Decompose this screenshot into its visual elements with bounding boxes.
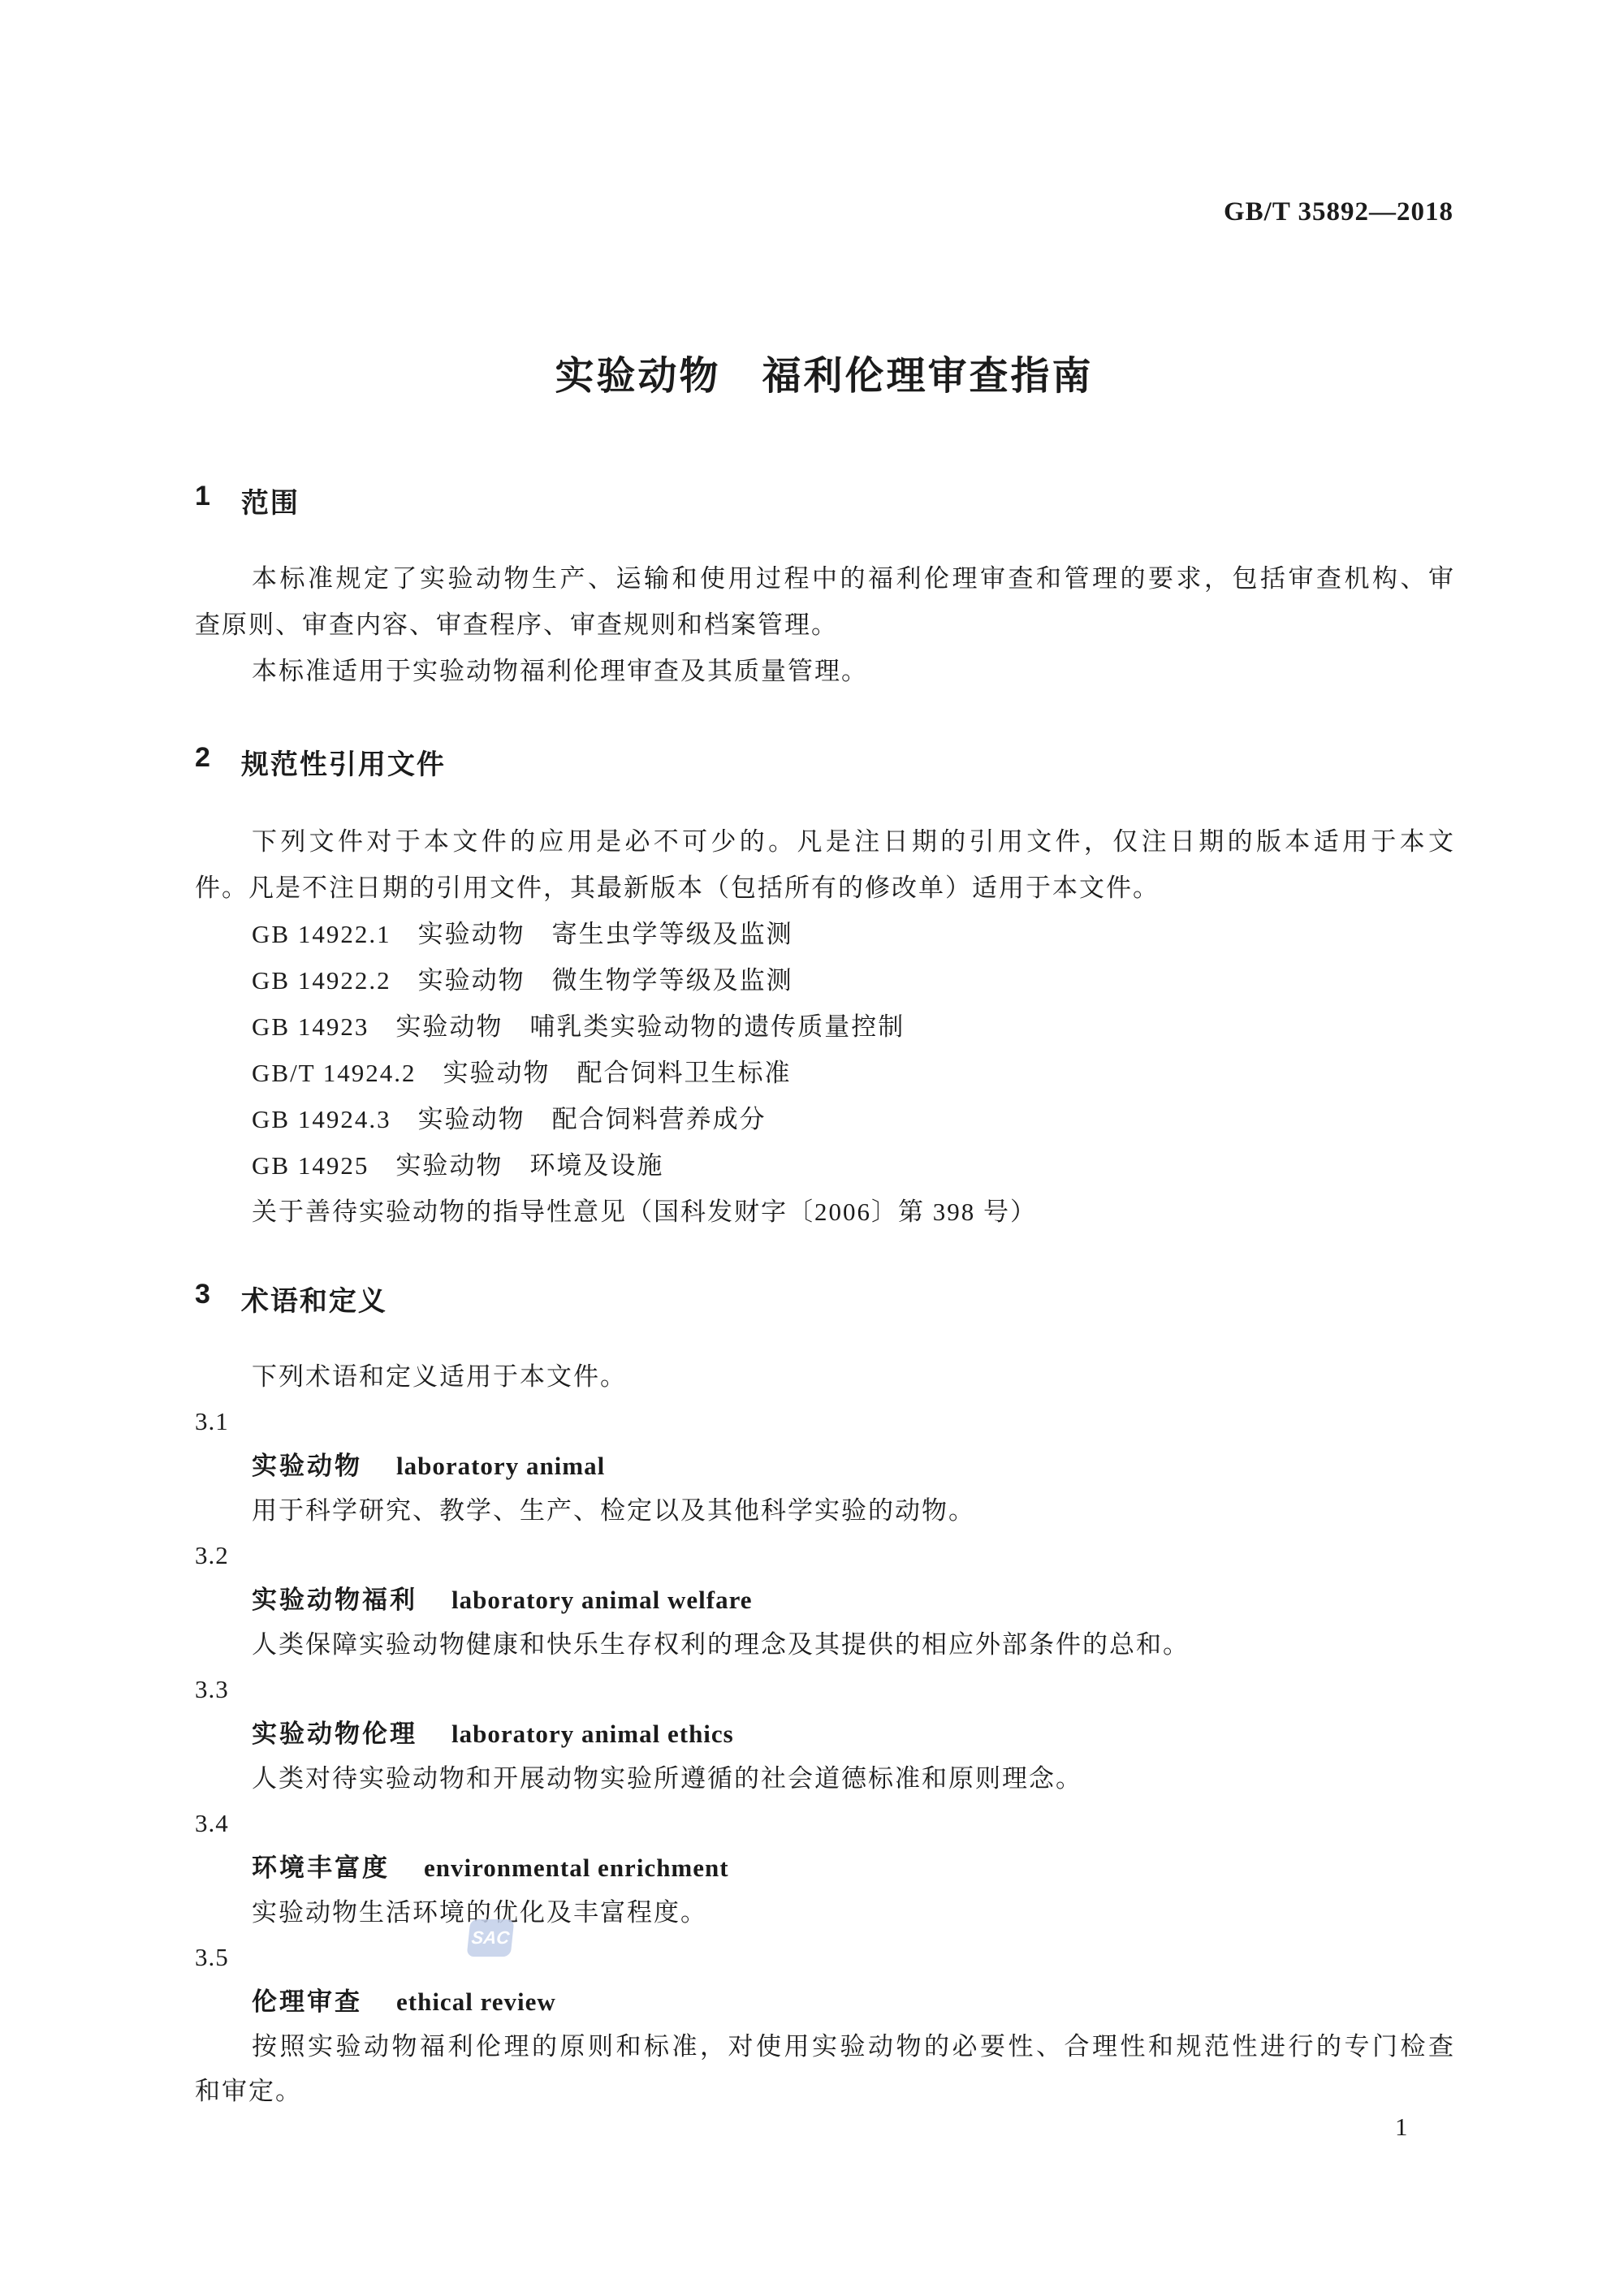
page-number: 1	[1395, 2113, 1408, 2142]
reference-item: GB 14922.1 实验动物 寄生虫学等级及监测	[195, 911, 1453, 957]
document-page: GB/T 35892—2018 实验动物 福利伦理审查指南 1 范围 本标准规定…	[0, 0, 1624, 2296]
sac-watermark-logo: SAC	[467, 1919, 515, 1957]
section-1-title: 范围	[241, 481, 300, 520]
term-en: laboratory animal welfare	[451, 1586, 753, 1614]
term-definition: 人类对待实验动物和开展动物实验所遵循的社会道德标准和原则理念。	[195, 1756, 1453, 1801]
document-title: 实验动物 福利伦理审查指南	[195, 344, 1453, 400]
section-1-heading: 1 范围	[195, 481, 1453, 520]
reference-item: GB/T 14924.2 实验动物 配合饲料卫生标准	[195, 1050, 1453, 1096]
sac-watermark-text: SAC	[470, 1927, 510, 1949]
term-zh: 实验动物	[252, 1452, 362, 1480]
section-2-body: 下列文件对于本文件的应用是必不可少的。凡是注日期的引用文件，仅注日期的版本适用于…	[195, 818, 1453, 911]
paragraph-line: 本标准规定了实验动物生产、运输和使用过程中的福利伦理审查和管理的要求，包括审查机…	[195, 555, 1453, 602]
reference-item: GB 14922.2 实验动物 微生物学等级及监测	[195, 957, 1453, 1003]
section-3-number: 3	[195, 1279, 212, 1318]
term-entry: 环境丰富度environmental enrichment	[195, 1845, 1453, 1890]
term-definition: 和审定。	[195, 2069, 1453, 2113]
paragraph-line: 本标准适用于实验动物福利伦理审查及其质量管理。	[195, 648, 1453, 694]
section-3-title: 术语和定义	[241, 1279, 387, 1318]
term-entry: 实验动物laboratory animal	[195, 1444, 1453, 1488]
section-2-heading: 2 规范性引用文件	[195, 742, 1453, 782]
term-zh: 实验动物福利	[252, 1586, 417, 1614]
section-1-body: 本标准规定了实验动物生产、运输和使用过程中的福利伦理审查和管理的要求，包括审查机…	[195, 555, 1453, 694]
term-number: 3.3	[195, 1667, 1453, 1711]
term-zh: 实验动物伦理	[252, 1720, 417, 1748]
reference-item: 关于善待实验动物的指导性意见（国科发财字〔2006〕第 398 号）	[195, 1189, 1453, 1235]
reference-item: GB 14924.3 实验动物 配合饲料营养成分	[195, 1096, 1453, 1142]
term-en: laboratory animal ethics	[451, 1720, 734, 1748]
terms-intro: 下列术语和定义适用于本文件。	[195, 1354, 1453, 1399]
term-en: ethical review	[396, 1987, 556, 2016]
term-definition: 用于科学研究、教学、生产、检定以及其他科学实验的动物。	[195, 1488, 1453, 1533]
term-definition: 实验动物生活环境的优化及丰富程度。	[195, 1890, 1453, 1935]
term-definition: 人类保障实验动物健康和快乐生存权利的理念及其提供的相应外部条件的总和。	[195, 1622, 1453, 1667]
term-number: 3.5	[195, 1935, 1453, 1979]
doc-number: GB/T 35892—2018	[1224, 197, 1453, 227]
reference-item: GB 14925 实验动物 环境及设施	[195, 1142, 1453, 1189]
paragraph-line: 下列文件对于本文件的应用是必不可少的。凡是注日期的引用文件，仅注日期的版本适用于…	[195, 818, 1453, 865]
section-1-number: 1	[195, 481, 212, 520]
term-number: 3.1	[195, 1399, 1453, 1444]
term-entry: 伦理审查ethical review	[195, 1979, 1453, 2024]
term-zh: 伦理审查	[252, 1987, 362, 2016]
paragraph-line: 查原则、审查内容、审查程序、审查规则和档案管理。	[195, 602, 1453, 648]
paragraph-line: 件。凡是不注日期的引用文件，其最新版本（包括所有的修改单）适用于本文件。	[195, 865, 1453, 911]
reference-item: GB 14923 实验动物 哺乳类实验动物的遗传质量控制	[195, 1003, 1453, 1050]
normative-references-list: GB 14922.1 实验动物 寄生虫学等级及监测 GB 14922.2 实验动…	[195, 911, 1453, 1235]
term-zh: 环境丰富度	[252, 1854, 390, 1882]
section-3-heading: 3 术语和定义	[195, 1279, 1453, 1318]
term-definition: 按照实验动物福利伦理的原则和标准，对使用实验动物的必要性、合理性和规范性进行的专…	[195, 2024, 1453, 2069]
term-number: 3.4	[195, 1801, 1453, 1845]
term-entry: 实验动物伦理laboratory animal ethics	[195, 1711, 1453, 1756]
term-en: environmental enrichment	[424, 1854, 729, 1882]
section-2-number: 2	[195, 742, 212, 782]
term-en: laboratory animal	[396, 1452, 605, 1480]
term-number: 3.2	[195, 1533, 1453, 1577]
term-entry: 实验动物福利laboratory animal welfare	[195, 1577, 1453, 1622]
terms-and-definitions: 下列术语和定义适用于本文件。 3.1 实验动物laboratory animal…	[195, 1354, 1453, 2113]
section-2-title: 规范性引用文件	[241, 742, 446, 782]
